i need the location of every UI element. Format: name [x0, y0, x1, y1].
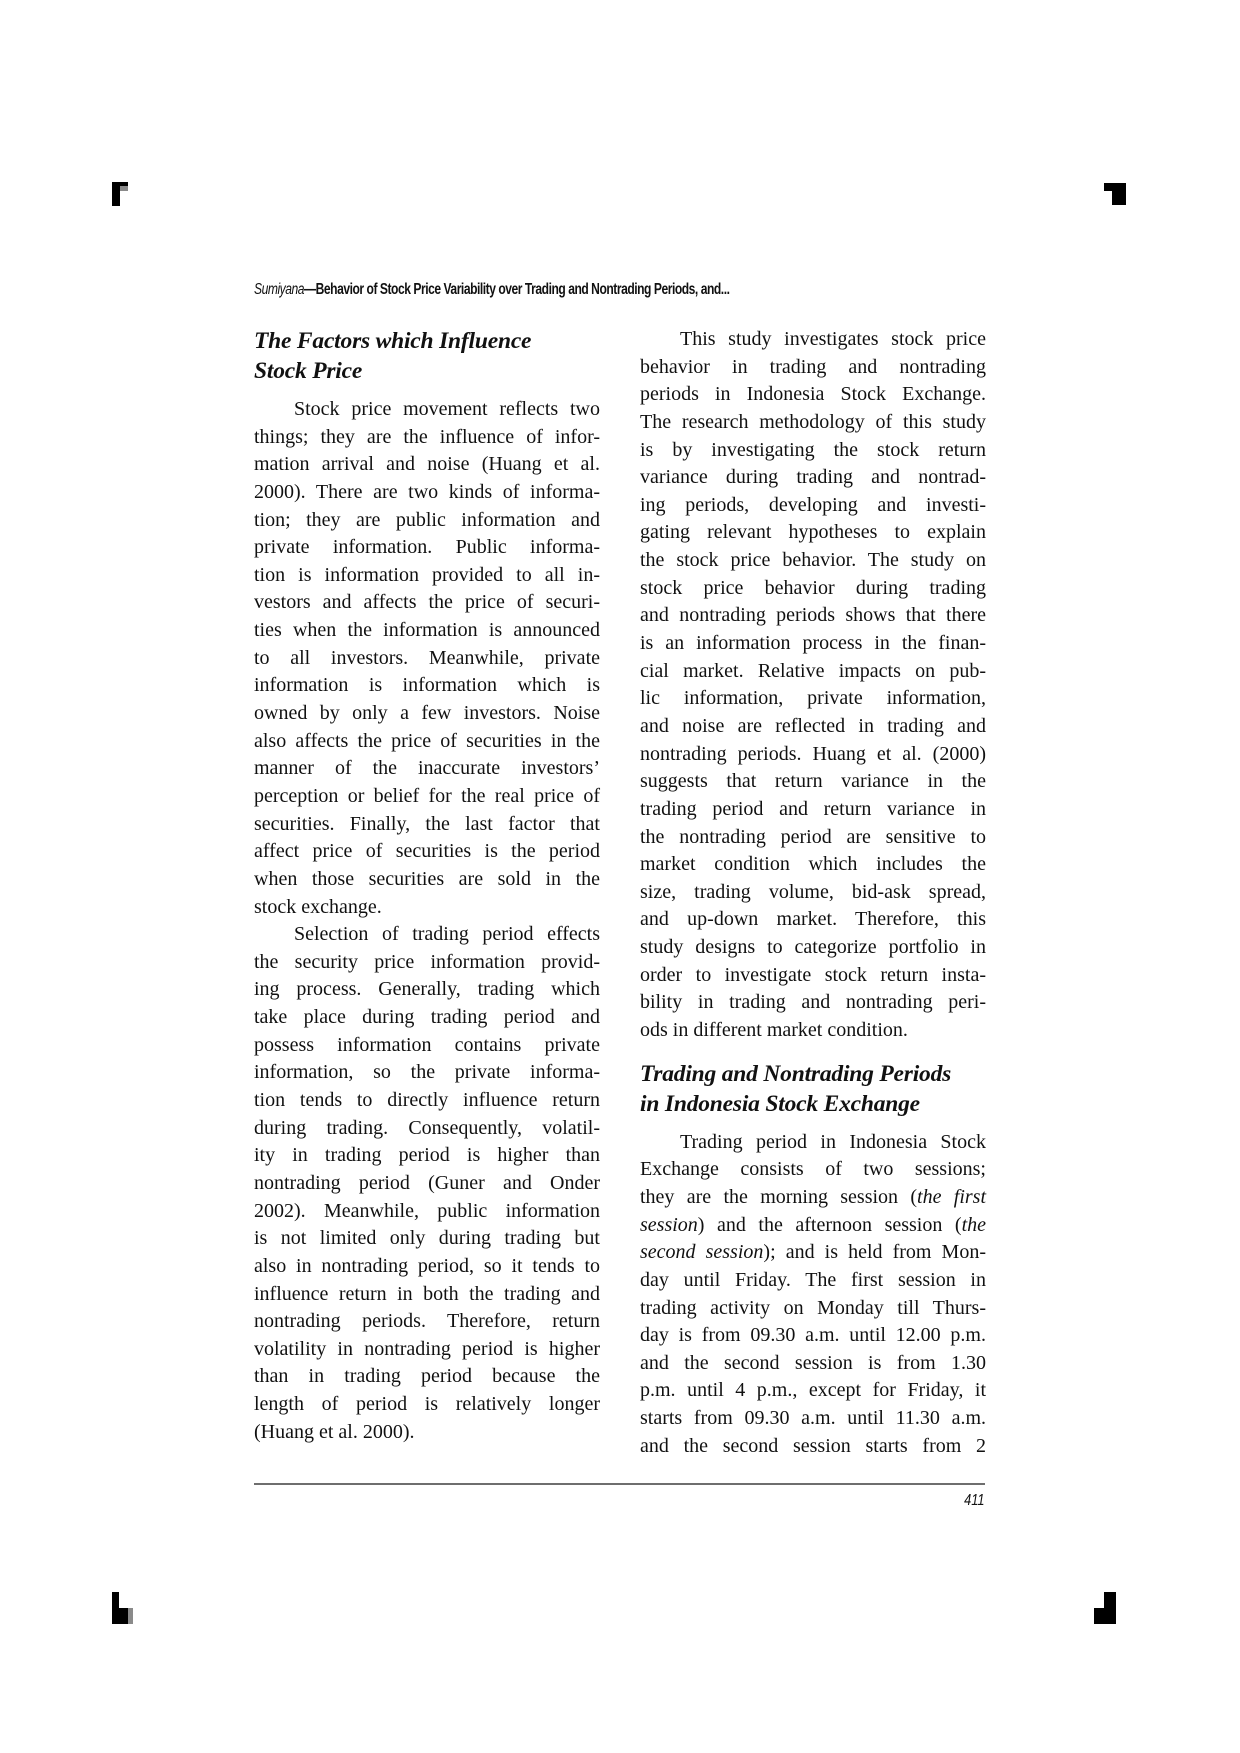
text-line: manner of the inaccurate investors’: [254, 755, 600, 783]
text-line: length of period is relatively longer: [254, 1391, 600, 1419]
text-line: periods in Indonesia Stock Exchange.: [640, 381, 986, 409]
text-line: behavior in trading and nontrading: [640, 354, 986, 382]
text-line: nontrading periods. Huang et al. (2000): [640, 741, 986, 769]
right-column: This study investigates stock price beha…: [640, 326, 986, 1460]
text-line: ity in trading period is higher than: [254, 1142, 600, 1170]
text-span: ) and the afternoon session (: [698, 1214, 962, 1236]
text-line: second session); and is held from Mon-: [640, 1239, 986, 1267]
italic-term: second session: [640, 1241, 763, 1263]
text-line: the security price information provid-: [254, 949, 600, 977]
text-line: Stock price movement reflects two: [254, 396, 600, 424]
text-line: affect price of securities is the period: [254, 838, 600, 866]
text-line: The research methodology of this study: [640, 409, 986, 437]
text-line: securities. Finally, the last factor tha…: [254, 811, 600, 839]
text-line: also in nontrading period, so it tends t…: [254, 1253, 600, 1281]
text-line: the stock price behavior. The study on: [640, 547, 986, 575]
text-line: p.m. until 4 p.m., except for Friday, it: [640, 1377, 986, 1405]
text-line: and up-down market. Therefore, this: [640, 906, 986, 934]
paragraph-study-investigates: This study investigates stock price beha…: [640, 326, 986, 1045]
text-line: Exchange consists of two sessions;: [640, 1156, 986, 1184]
text-line: day until Friday. The first session in: [640, 1267, 986, 1295]
text-line: This study investigates stock price: [640, 326, 986, 354]
text-line: influence return in both the trading and: [254, 1281, 600, 1309]
text-line: when those securities are sold in the: [254, 866, 600, 894]
text-line: take place during trading period and: [254, 1004, 600, 1032]
text-line: bility in trading and nontrading peri-: [640, 989, 986, 1017]
text-line: and noise are reflected in trading and: [640, 713, 986, 741]
running-header-separator: —: [304, 281, 316, 298]
text-line: private information. Public informa-: [254, 534, 600, 562]
text-line: to all investors. Meanwhile, private: [254, 645, 600, 673]
text-line: lic information, private information,: [640, 685, 986, 713]
text-line: than in trading period because the: [254, 1363, 600, 1391]
text-line: things; they are the influence of infor-: [254, 424, 600, 452]
text-line: they are the morning session (the first: [640, 1184, 986, 1212]
page-number: 411: [965, 1492, 985, 1510]
crop-mark-bottom-left-foot: [112, 1608, 128, 1624]
text-line: Selection of trading period effects: [254, 921, 600, 949]
text-line: trading period and return variance in: [640, 796, 986, 824]
text-line: Trading period in Indonesia Stock: [640, 1129, 986, 1157]
text-line: study designs to categorize portfolio in: [640, 934, 986, 962]
crop-mark-top-left-grey: [120, 186, 128, 191]
paragraph-selection-of-trading-period: Selection of trading period effects the …: [254, 921, 600, 1446]
italic-term: the first: [917, 1186, 986, 1208]
text-line: gating relevant hypotheses to explain: [640, 519, 986, 547]
text-line: tion is information provided to all in-: [254, 562, 600, 590]
text-line: vestors and affects the price of securi-: [254, 589, 600, 617]
text-line: suggests that return variance in the: [640, 768, 986, 796]
paragraph-stock-price-movement: Stock price movement reflects two things…: [254, 396, 600, 921]
text-line: owned by only a few investors. Noise: [254, 700, 600, 728]
section-heading-factors: The Factors which Influence Stock Price: [254, 326, 600, 386]
heading-line: Stock Price: [254, 356, 600, 386]
heading-line: in Indonesia Stock Exchange: [640, 1089, 986, 1119]
text-line: starts from 09.30 a.m. until 11.30 a.m.: [640, 1405, 986, 1433]
text-line: and the second session is from 1.30: [640, 1350, 986, 1378]
running-header: Sumiyana—Behavior of Stock Price Variabi…: [254, 281, 729, 299]
text-line: stock price behavior during trading: [640, 575, 986, 603]
text-line: tion tends to directly influence return: [254, 1087, 600, 1115]
text-line: nontrading periods. Therefore, return: [254, 1308, 600, 1336]
text-line: market condition which includes the: [640, 851, 986, 879]
text-line: 2000). There are two kinds of informa-: [254, 479, 600, 507]
heading-line: Trading and Nontrading Periods: [640, 1059, 986, 1089]
text-line: volatility in nontrading period is highe…: [254, 1336, 600, 1364]
crop-mark-bottom-left-grey: [128, 1608, 133, 1624]
text-line: and the second session starts from 2: [640, 1433, 986, 1461]
text-line: nontrading period (Guner and Onder: [254, 1170, 600, 1198]
italic-term: the: [962, 1214, 986, 1236]
running-header-author: Sumiyana: [254, 281, 304, 298]
text-span: they are the morning session (: [640, 1186, 917, 1208]
text-line: is by investigating the stock return: [640, 437, 986, 465]
text-line: also affects the price of securities in …: [254, 728, 600, 756]
text-line: information, so the private informa-: [254, 1059, 600, 1087]
text-line: stock exchange.: [254, 894, 600, 922]
text-line: mation arrival and noise (Huang et al.: [254, 451, 600, 479]
text-line: trading activity on Monday till Thurs-: [640, 1295, 986, 1323]
italic-term: session: [640, 1214, 698, 1236]
left-column: The Factors which Influence Stock Price …: [254, 326, 600, 1446]
heading-line: The Factors which Influence: [254, 326, 600, 356]
paragraph-trading-sessions: Trading period in Indonesia Stock Exchan…: [640, 1129, 986, 1461]
text-span: ); and is held from Mon-: [763, 1241, 986, 1263]
text-line: ties when the information is announced: [254, 617, 600, 645]
running-header-title: Behavior of Stock Price Variability over…: [316, 281, 730, 298]
text-line: tion; they are public information and: [254, 507, 600, 535]
text-line: possess information contains private: [254, 1032, 600, 1060]
text-line: size, trading volume, bid-ask spread,: [640, 879, 986, 907]
text-line: and nontrading periods shows that there: [640, 602, 986, 630]
text-line: day is from 09.30 a.m. until 12.00 p.m.: [640, 1322, 986, 1350]
text-line: during trading. Consequently, volatil-: [254, 1115, 600, 1143]
text-line: perception or belief for the real price …: [254, 783, 600, 811]
text-line: the nontrading period are sensitive to: [640, 824, 986, 852]
text-line: ing process. Generally, trading which: [254, 976, 600, 1004]
text-line: information is information which is: [254, 672, 600, 700]
crop-mark-top-right-stem: [1112, 183, 1126, 205]
text-line: order to investigate stock return insta-: [640, 962, 986, 990]
text-line: ing periods, developing and investi-: [640, 492, 986, 520]
text-line: session) and the afternoon session (the: [640, 1212, 986, 1240]
section-heading-trading-periods: Trading and Nontrading Periods in Indone…: [640, 1059, 986, 1119]
text-line: cial market. Relative impacts on pub-: [640, 658, 986, 686]
text-line: is an information process in the finan-: [640, 630, 986, 658]
text-line: 2002). Meanwhile, public information: [254, 1198, 600, 1226]
footer-rule: [254, 1483, 985, 1485]
crop-mark-bottom-right-stem: [1104, 1592, 1116, 1624]
text-line: ods in different market condition.: [640, 1017, 986, 1045]
text-line: is not limited only during trading but: [254, 1225, 600, 1253]
text-line: variance during trading and nontrad-: [640, 464, 986, 492]
text-line: (Huang et al. 2000).: [254, 1419, 600, 1447]
